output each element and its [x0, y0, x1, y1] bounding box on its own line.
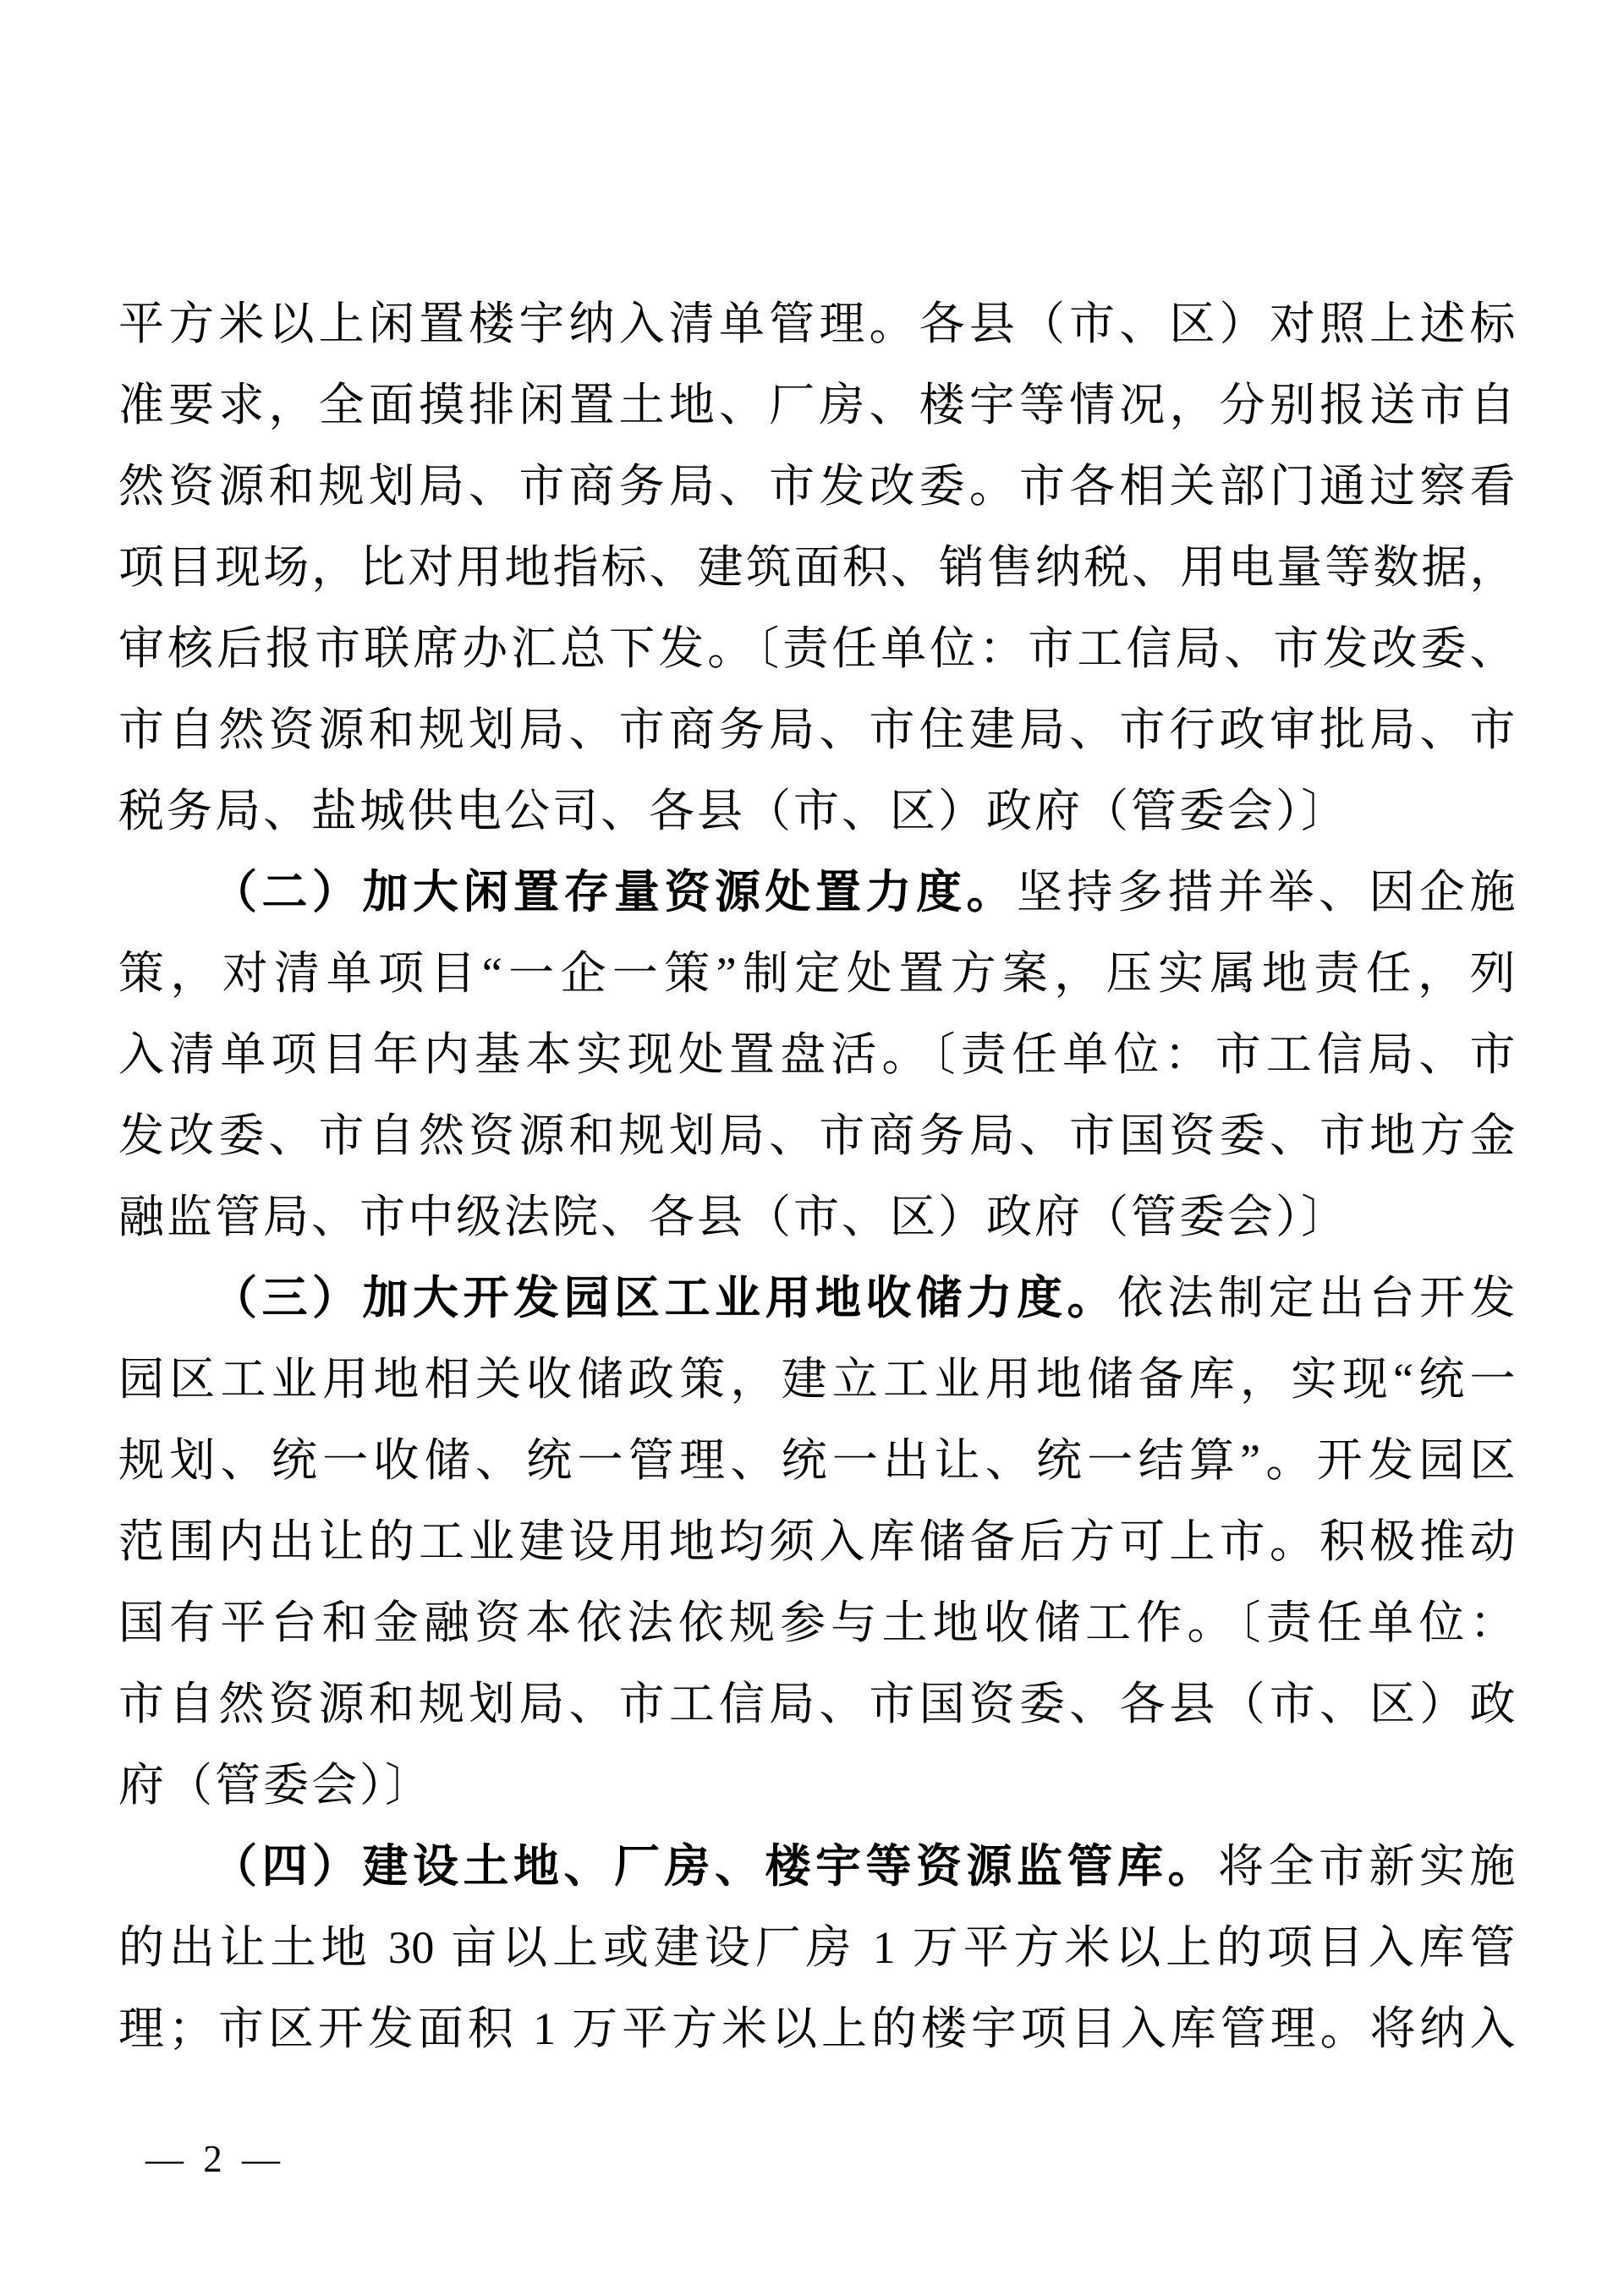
text-run: 准要求，全面摸排闲置土地、厂房、楼宇等情况，分别报送市自	[118, 380, 1516, 430]
document-page: 平方米以上闲置楼宇纳入清单管理。各县（市、区）对照上述标准要求，全面摸排闲置土地…	[0, 0, 1624, 2296]
heading-run: （四）建设土地、厂房、楼宇等资源监管库。	[211, 1841, 1218, 1892]
text-line: 平方米以上闲置楼宇纳入清单管理。各县（市、区）对照上述标	[118, 283, 1516, 364]
text-run: 发改委、市自然资源和规划局、市商务局、市国资委、市地方金	[118, 1110, 1516, 1161]
text-line: 发改委、市自然资源和规划局、市商务局、市国资委、市地方金	[118, 1095, 1516, 1176]
text-line: （二）加大闲置存量资源处置力度。坚持多措并举、因企施	[118, 852, 1516, 933]
text-run: 将全市新实施	[1218, 1841, 1516, 1892]
text-line: 府（管委会）〕	[118, 1745, 1516, 1826]
text-line: 市自然资源和规划局、市工信局、市国资委、各县（市、区）政	[118, 1663, 1516, 1745]
text-line: 范围内出让的工业建设用地均须入库储备后方可上市。积极推动	[118, 1501, 1516, 1582]
text-line: 市自然资源和规划局、市商务局、市住建局、市行政审批局、市	[118, 689, 1516, 770]
text-run: 市自然资源和规划局、市工信局、市国资委、各县（市、区）政	[118, 1679, 1516, 1729]
text-line: 国有平台和金融资本依法依规参与土地收储工作。〔责任单位：	[118, 1582, 1516, 1663]
text-line: 项目现场，比对用地指标、建筑面积、销售纳税、用电量等数据，	[118, 527, 1516, 608]
text-run: 范围内出让的工业建设用地均须入库储备后方可上市。积极推动	[118, 1516, 1516, 1567]
text-run: 理；市区开发面积 1 万平方米以上的楼宇项目入库管理。将纳入	[118, 2003, 1516, 2054]
text-run: 园区工业用地相关收储政策，建立工业用地储备库，实现“统一	[118, 1354, 1516, 1405]
text-run: 审核后报市联席办汇总下发。〔责任单位：市工信局、市发改委、	[118, 623, 1516, 674]
text-run: 坚持多措并举、因企施	[1017, 867, 1516, 918]
text-run: 然资源和规划局、市商务局、市发改委。市各相关部门通过察看	[118, 461, 1516, 512]
text-line: 的出让土地 30 亩以上或建设厂房 1 万平方米以上的项目入库管	[118, 1907, 1516, 1988]
text-run: 的出让土地 30 亩以上或建设厂房 1 万平方米以上的项目入库管	[118, 1922, 1516, 1973]
text-line: 准要求，全面摸排闲置土地、厂房、楼宇等情况，分别报送市自	[118, 364, 1516, 446]
text-line: 税务局、盐城供电公司、各县（市、区）政府（管委会）〕	[118, 770, 1516, 852]
text-run: 策，对清单项目“一企一策”制定处置方案，压实属地责任，列	[118, 948, 1516, 999]
text-run: 融监管局、市中级法院、各县（市、区）政府（管委会）〕	[118, 1192, 1349, 1242]
text-run: 府（管委会）〕	[118, 1760, 433, 1811]
text-line: 规划、统一收储、统一管理、统一出让、统一结算”。开发园区	[118, 1420, 1516, 1501]
text-run: 税务局、盐城供电公司、各县（市、区）政府（管委会）〕	[118, 786, 1349, 836]
text-run: 平方米以上闲置楼宇纳入清单管理。各县（市、区）对照上述标	[118, 299, 1516, 349]
text-run: 入清单项目年内基本实现处置盘活。〔责任单位：市工信局、市	[118, 1029, 1516, 1080]
text-line: （三）加大开发园区工业用地收储力度。依法制定出台开发	[118, 1258, 1516, 1339]
text-run: 项目现场，比对用地指标、建筑面积、销售纳税、用电量等数据，	[118, 542, 1516, 593]
text-run: 市自然资源和规划局、市商务局、市住建局、市行政审批局、市	[118, 704, 1516, 755]
text-line: 入清单项目年内基本实现处置盘活。〔责任单位：市工信局、市	[118, 1014, 1516, 1095]
heading-run: （三）加大开发园区工业用地收储力度。	[211, 1273, 1117, 1323]
text-line: 融监管局、市中级法院、各县（市、区）政府（管委会）〕	[118, 1176, 1516, 1258]
text-run: 规划、统一收储、统一管理、统一出让、统一结算”。开发园区	[118, 1435, 1516, 1486]
page-number: — 2 —	[145, 2118, 285, 2200]
text-line: 理；市区开发面积 1 万平方米以上的楼宇项目入库管理。将纳入	[118, 1988, 1516, 2069]
text-run: 依法制定出台开发	[1117, 1273, 1516, 1323]
heading-run: （二）加大闲置存量资源处置力度。	[211, 867, 1017, 918]
document-body: 平方米以上闲置楼宇纳入清单管理。各县（市、区）对照上述标准要求，全面摸排闲置土地…	[118, 283, 1516, 2069]
text-run: 国有平台和金融资本依法依规参与土地收储工作。〔责任单位：	[118, 1597, 1516, 1648]
text-line: 园区工业用地相关收储政策，建立工业用地储备库，实现“统一	[118, 1339, 1516, 1420]
text-line: 策，对清单项目“一企一策”制定处置方案，压实属地责任，列	[118, 933, 1516, 1014]
text-line: 审核后报市联席办汇总下发。〔责任单位：市工信局、市发改委、	[118, 608, 1516, 689]
text-line: 然资源和规划局、市商务局、市发改委。市各相关部门通过察看	[118, 446, 1516, 527]
text-line: （四）建设土地、厂房、楼宇等资源监管库。将全市新实施	[118, 1826, 1516, 1907]
